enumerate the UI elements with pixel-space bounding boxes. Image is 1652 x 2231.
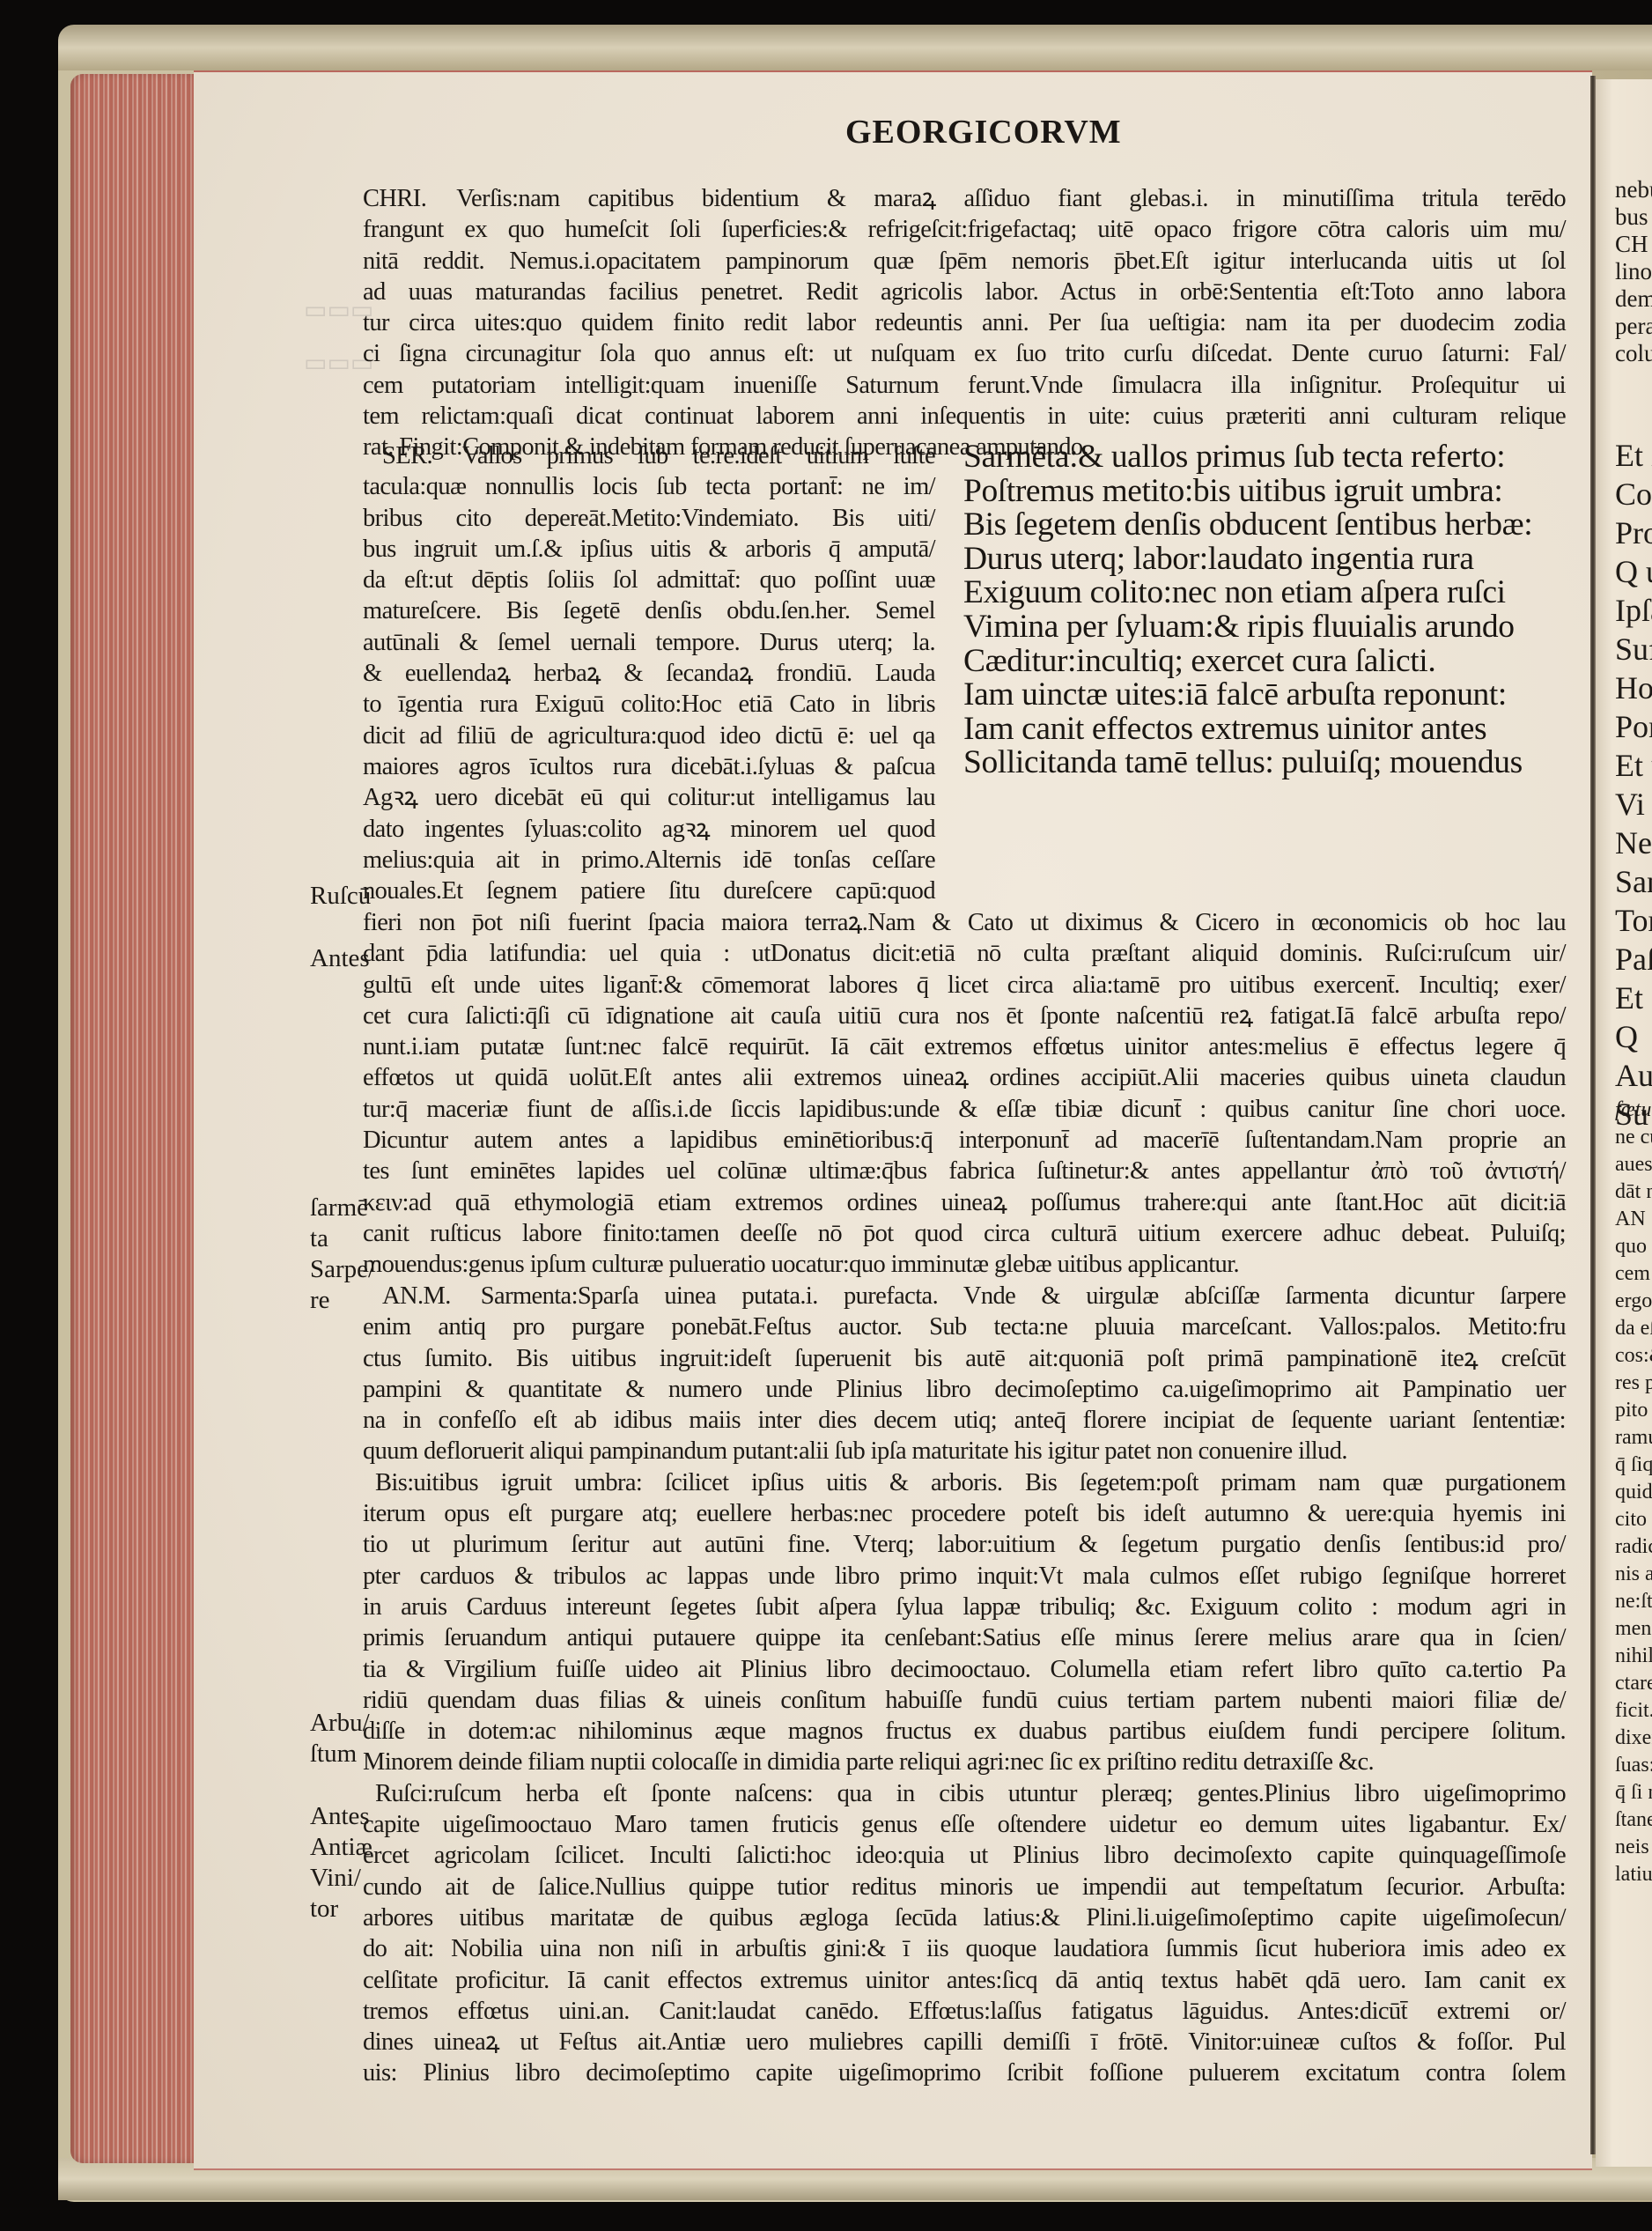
marginal-note: Vini/ <box>310 1863 361 1894</box>
marginal-note: ta <box>310 1223 328 1254</box>
marginal-note: Antes <box>310 943 370 974</box>
marginal-note: Antiæ <box>310 1832 372 1863</box>
verse-line: Poſtremus metito:bis uitibus igruit umbr… <box>963 475 1580 509</box>
facing-page-top-lines: nebu bus q CH lino g dem pera colu <box>1615 176 1652 367</box>
facing-page-verse: Et ia Con Proc Q u Ipſa Suff Hoc Pon Et … <box>1615 436 1652 1134</box>
verse-line: Vimina per ſyluam:& ripis fluuialis arun… <box>963 610 1580 645</box>
marginal-note: Ruſcū <box>310 881 371 912</box>
verse-line: Cæditur:incultiq; exercet cura ſalicti. <box>963 645 1580 679</box>
commentary-anm: AN.M.Sarmenta:Sparſa uinea putata.i. pur… <box>363 1281 1566 2089</box>
section-label: SER. <box>382 442 432 469</box>
verse-line: Iam canit effectos extremus uinitor ante… <box>963 713 1580 747</box>
section-label: AN.M. <box>382 1282 451 1310</box>
marginal-note: Arbu/ <box>310 1708 370 1739</box>
marginal-note: ſtum <box>310 1739 357 1769</box>
marginal-note: re <box>310 1285 330 1316</box>
verse-line: Iam uinctæ uites:iā falcē arbuſta reponu… <box>963 678 1580 713</box>
verse-line: Sarmēta:& uallos primus ſub tecta refert… <box>963 440 1580 475</box>
facing-page-commentary: fœtu ne cul aues f dāt ne AN quo p cem e… <box>1615 1097 1652 1888</box>
virgil-verse-block: Sarmēta:& uallos primus ſub tecta refert… <box>963 440 1580 780</box>
recto-page-edge: nebu bus q CH lino g dem pera colu Et ia… <box>1596 79 1652 2167</box>
marginal-note: tor <box>310 1894 338 1924</box>
running-head: GEORGICORVM <box>845 113 1122 151</box>
marginal-note: Antes <box>310 1801 370 1832</box>
commentary-chri: CHRI.Verſis:nam capitibus bidentium & ma… <box>363 183 1566 463</box>
section-label: CHRI. <box>363 185 426 212</box>
verse-line: Bis ſegetem denſis obducent ſentibus her… <box>963 508 1580 543</box>
marginal-note: ſarmē <box>310 1193 368 1223</box>
commentary-ser: SER.Vallos primus ſub te.re.ideſt uitium… <box>363 440 935 906</box>
commentary-ser-continued: fieri non p̄ot niſi fuerint ſpacia maior… <box>363 907 1566 1281</box>
binding-top-edge <box>58 25 1652 70</box>
verse-line: Exiguum colito:nec non etiam aſpera ruſc… <box>963 576 1580 610</box>
verse-line: Durus uterq; labor:laudato ingentia rura <box>963 543 1580 577</box>
red-stained-fore-edge <box>70 74 194 2163</box>
marginal-note: Sarpe/ <box>310 1254 375 1285</box>
verse-line: Sollicitanda tamē tellus: puluiſq; mouen… <box>963 746 1580 780</box>
